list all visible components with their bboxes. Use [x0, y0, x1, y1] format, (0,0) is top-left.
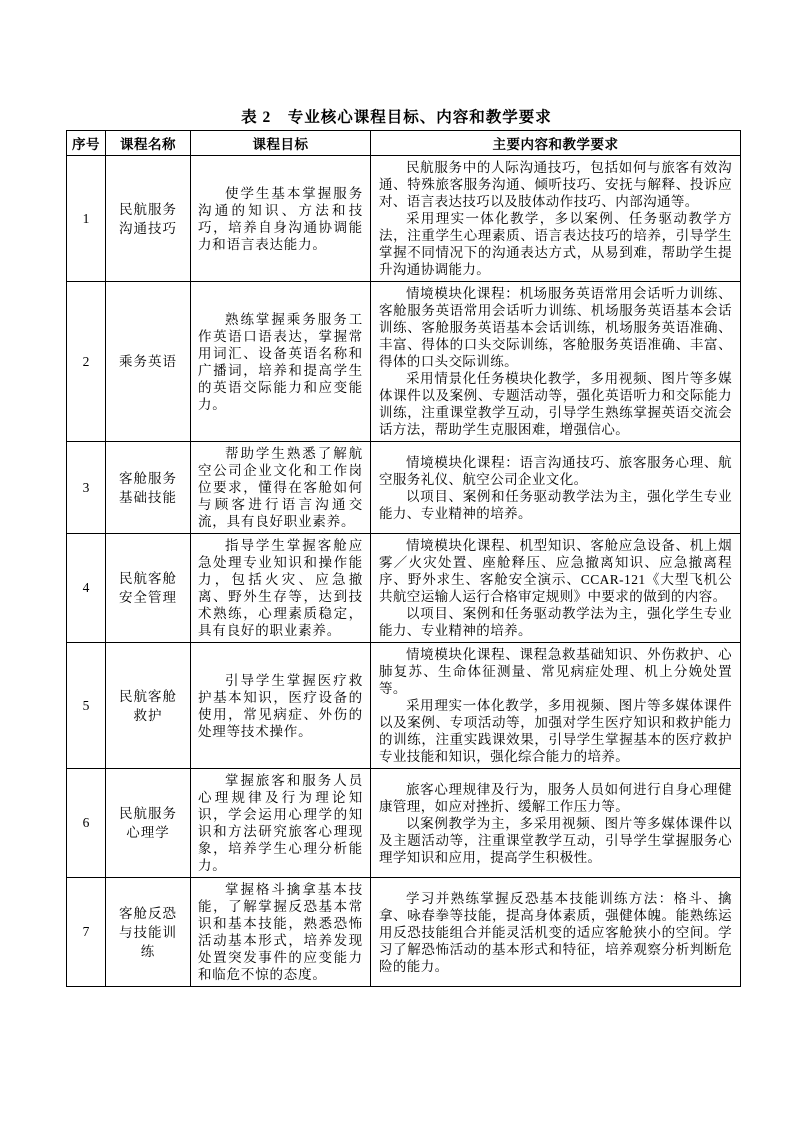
content-paragraph: 以项目、案例和任务驱动教学法为主，强化学生专业能力、专业精神的培养。	[379, 605, 732, 639]
objective-paragraph: 使学生基本掌握服务沟通的知识、方法和技巧，培养自身沟通协调能力和语言表达能力。	[198, 185, 363, 253]
table-row: 2 乘务英语 熟练掌握乘务服务工作英语口语表达，掌握常用词汇、设备英语名称和广播…	[67, 282, 741, 442]
content-paragraph: 情境模块化课程、课程急救基础知识、外伤救护、心肺复苏、生命体征测量、常见病症处理…	[379, 646, 732, 697]
course-name-cell: 民航服务沟通技巧	[106, 156, 191, 282]
table-row: 4 民航客舱安全管理 指导学生掌握客舱应急处理专业知识和操作能力，包括火灾、应急…	[67, 534, 741, 643]
content-paragraph: 采用情景化任务模块化教学，多用视频、图片等多媒体课件以及案例、专题活动等，强化英…	[379, 370, 732, 438]
table-header-row: 序号 课程名称 课程目标 主要内容和教学要求	[67, 131, 741, 156]
course-content-cell: 旅客心理规律及行为，服务人员如何进行自身心理健康管理，如应对挫折、缓解工作压力等…	[371, 769, 741, 878]
table-row: 6 民航服务心理学 掌握旅客和服务人员心理规律及行为理论知识，学会运用心理学的知…	[67, 769, 741, 878]
objective-paragraph: 帮助学生熟悉了解航空公司企业文化和工作岗位要求，懂得在客舱如何与顾客进行语言沟通…	[198, 445, 363, 530]
row-number-cell: 6	[67, 769, 106, 878]
table-title: 表 2 专业核心课程目标、内容和教学要求	[0, 105, 793, 127]
content-paragraph: 民航服务中的人际沟通技巧，包括如何与旅客有效沟通、特殊旅客服务沟通、倾听技巧、安…	[379, 159, 732, 210]
table-row: 3 客舱服务基础技能 帮助学生熟悉了解航空公司企业文化和工作岗位要求，懂得在客舱…	[67, 442, 741, 534]
course-objective-cell: 引导学生掌握医疗救护基本知识，医疗设备的使用，常见病症、外伤的处理等技术操作。	[191, 643, 371, 769]
header-course-objective: 课程目标	[191, 131, 371, 156]
course-name-cell: 民航客舱救护	[106, 643, 191, 769]
content-paragraph: 采用理实一体化教学，多用视频、图片等多媒体课件以及案例、专项活动等，加强对学生医…	[379, 697, 732, 765]
course-name-cell: 民航客舱安全管理	[106, 534, 191, 643]
table-row: 5 民航客舱救护 引导学生掌握医疗救护基本知识，医疗设备的使用，常见病症、外伤的…	[67, 643, 741, 769]
row-number-cell: 5	[67, 643, 106, 769]
content-paragraph: 情境模块化课程、机型知识、客舱应急设备、机上烟雾／火灾处置、座舱释压、应急撤离知…	[379, 537, 732, 605]
content-paragraph: 学习并熟练掌握反恐基本技能训练方法：格斗、擒拿、咏春拳等技能，提高身体素质，强健…	[379, 890, 732, 975]
content-paragraph: 情境模块化课程：机场服务英语常用会话听力训练、客舱服务英语常用会话听力训练、机场…	[379, 285, 732, 370]
course-objective-cell: 掌握旅客和服务人员心理规律及行为理论知识，学会运用心理学的知识和方法研究旅客心理…	[191, 769, 371, 878]
course-objective-cell: 掌握格斗擒拿基本技能，了解掌握反恐基本常识和基本技能，熟悉恐怖活动基本形式，培养…	[191, 878, 371, 987]
content-paragraph: 以案例教学为主，多采用视频、图片等多媒体课件以及主题活动等，注重课堂教学互动，引…	[379, 815, 732, 866]
table-row: 1 民航服务沟通技巧 使学生基本掌握服务沟通的知识、方法和技巧，培养自身沟通协调…	[67, 156, 741, 282]
content-paragraph: 采用理实一体化教学，多以案例、任务驱动教学方法，注重学生心理素质、语言表达技巧的…	[379, 210, 732, 278]
course-objective-cell: 使学生基本掌握服务沟通的知识、方法和技巧，培养自身沟通协调能力和语言表达能力。	[191, 156, 371, 282]
row-number-cell: 1	[67, 156, 106, 282]
course-content-cell: 学习并熟练掌握反恐基本技能训练方法：格斗、擒拿、咏春拳等技能，提高身体素质，强健…	[371, 878, 741, 987]
row-number-cell: 7	[67, 878, 106, 987]
content-paragraph: 情境模块化课程：语言沟通技巧、旅客服务心理、航空服务礼仪、航空公司企业文化。	[379, 454, 732, 488]
content-paragraph: 旅客心理规律及行为，服务人员如何进行自身心理健康管理，如应对挫折、缓解工作压力等…	[379, 781, 732, 815]
header-main-content: 主要内容和教学要求	[371, 131, 741, 156]
objective-paragraph: 引导学生掌握医疗救护基本知识，医疗设备的使用，常见病症、外伤的处理等技术操作。	[198, 672, 363, 740]
course-name-cell: 乘务英语	[106, 282, 191, 442]
row-number-cell: 4	[67, 534, 106, 643]
objective-paragraph: 掌握旅客和服务人员心理规律及行为理论知识，学会运用心理学的知识和方法研究旅客心理…	[198, 772, 363, 874]
header-number: 序号	[67, 131, 106, 156]
course-table: 序号 课程名称 课程目标 主要内容和教学要求 1 民航服务沟通技巧 使学生基本掌…	[66, 130, 741, 987]
objective-paragraph: 熟练掌握乘务服务工作英语口语表达，掌握常用词汇、设备英语名称和广播词，培养和提高…	[198, 311, 363, 413]
course-objective-cell: 熟练掌握乘务服务工作英语口语表达，掌握常用词汇、设备英语名称和广播词，培养和提高…	[191, 282, 371, 442]
course-content-cell: 情境模块化课程、机型知识、客舱应急设备、机上烟雾／火灾处置、座舱释压、应急撤离知…	[371, 534, 741, 643]
objective-paragraph: 掌握格斗擒拿基本技能，了解掌握反恐基本常识和基本技能，熟悉恐怖活动基本形式，培养…	[198, 881, 363, 983]
course-objective-cell: 指导学生掌握客舱应急处理专业知识和操作能力，包括火灾、应急撤离、野外生存等，达到…	[191, 534, 371, 643]
row-number-cell: 3	[67, 442, 106, 534]
row-number-cell: 2	[67, 282, 106, 442]
course-name-cell: 客舱反恐与技能训练	[106, 878, 191, 987]
content-paragraph: 以项目、案例和任务驱动教学法为主，强化学生专业能力、专业精神的培养。	[379, 488, 732, 522]
course-name-cell: 客舱服务基础技能	[106, 442, 191, 534]
table-body: 1 民航服务沟通技巧 使学生基本掌握服务沟通的知识、方法和技巧，培养自身沟通协调…	[67, 156, 741, 987]
document-page: 表 2 专业核心课程目标、内容和教学要求 序号 课程名称 课程目标 主要内容和教…	[0, 0, 793, 1122]
table-row: 7 客舱反恐与技能训练 掌握格斗擒拿基本技能，了解掌握反恐基本常识和基本技能，熟…	[67, 878, 741, 987]
course-objective-cell: 帮助学生熟悉了解航空公司企业文化和工作岗位要求，懂得在客舱如何与顾客进行语言沟通…	[191, 442, 371, 534]
header-course-name: 课程名称	[106, 131, 191, 156]
course-content-cell: 情境模块化课程、课程急救基础知识、外伤救护、心肺复苏、生命体征测量、常见病症处理…	[371, 643, 741, 769]
course-content-cell: 民航服务中的人际沟通技巧，包括如何与旅客有效沟通、特殊旅客服务沟通、倾听技巧、安…	[371, 156, 741, 282]
course-content-cell: 情境模块化课程：机场服务英语常用会话听力训练、客舱服务英语常用会话听力训练、机场…	[371, 282, 741, 442]
course-content-cell: 情境模块化课程：语言沟通技巧、旅客服务心理、航空服务礼仪、航空公司企业文化。以项…	[371, 442, 741, 534]
objective-paragraph: 指导学生掌握客舱应急处理专业知识和操作能力，包括火灾、应急撤离、野外生存等，达到…	[198, 537, 363, 639]
course-name-cell: 民航服务心理学	[106, 769, 191, 878]
